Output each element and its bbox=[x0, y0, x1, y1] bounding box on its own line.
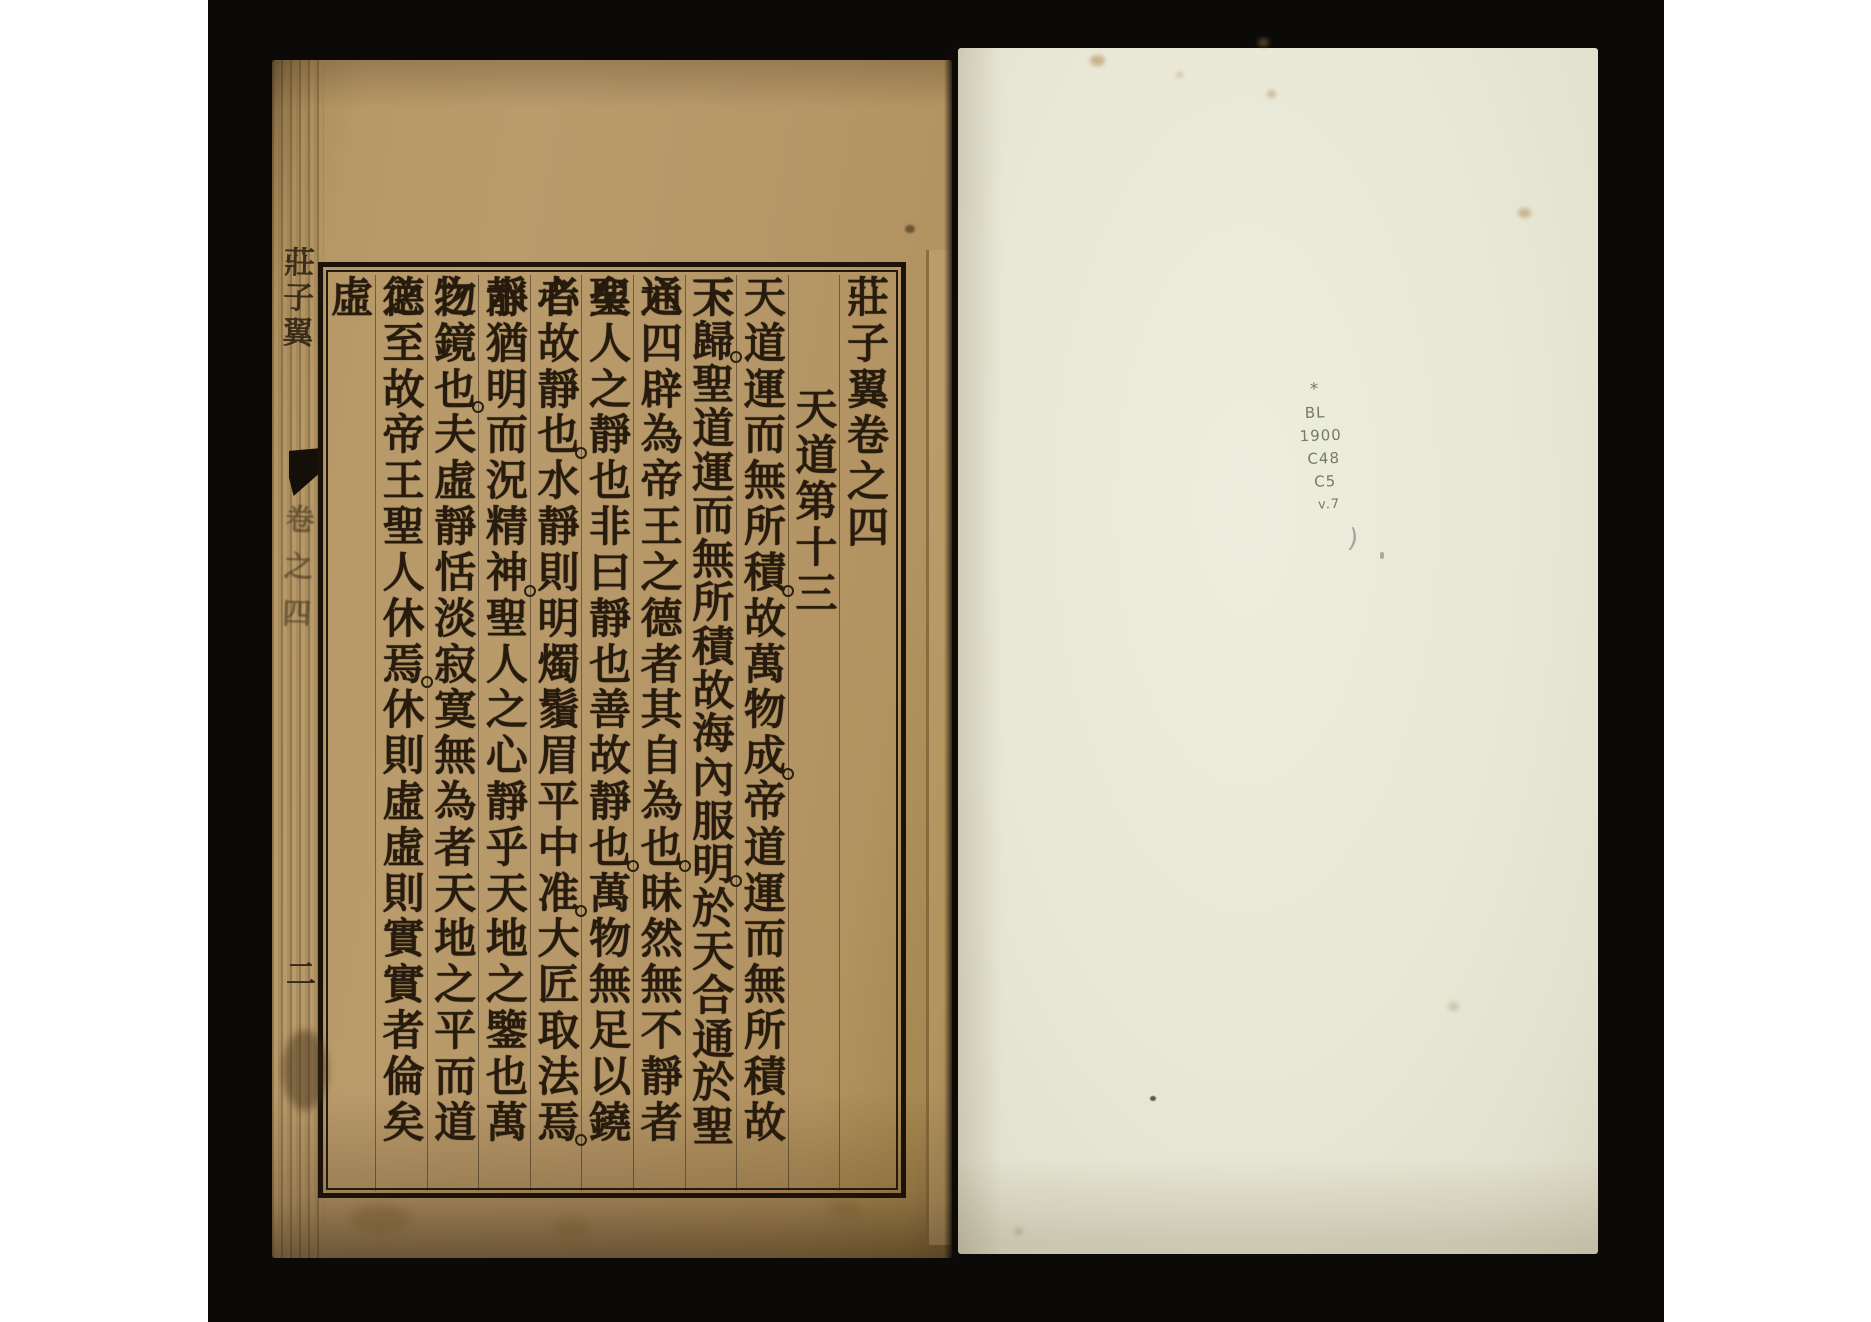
text-column-body: 聖人之靜也非曰靜也善故靜也萬物無足以鐃心 bbox=[581, 275, 633, 1191]
text-column-body: 者故靜也水靜則明燭鬚眉平中准大匠取法焉水 bbox=[530, 275, 582, 1191]
column-char: 倫 bbox=[377, 1054, 426, 1100]
column-char: 也 bbox=[480, 1054, 529, 1100]
column-char-marked: 歸 bbox=[686, 319, 735, 363]
scan-margin-right bbox=[1664, 0, 1871, 1322]
column-char: 道 bbox=[428, 1100, 477, 1146]
column-char: 為 bbox=[428, 779, 477, 825]
column-char-marked: 神 bbox=[480, 550, 529, 596]
column-char: 至 bbox=[377, 321, 426, 367]
column-char: 第 bbox=[789, 479, 838, 525]
column-char: 之 bbox=[480, 962, 529, 1008]
column-char: 大 bbox=[531, 916, 580, 962]
column-char-marked: 也 bbox=[428, 367, 477, 413]
column-char-marked: 焉 bbox=[377, 642, 426, 688]
call-number-line: BL bbox=[1304, 400, 1369, 425]
column-char: 靜 bbox=[583, 779, 632, 825]
column-char: 而 bbox=[738, 916, 787, 962]
stain bbox=[830, 1200, 860, 1218]
call-number-line: C5 bbox=[1314, 469, 1372, 494]
text-column-body: 之鏡也夫虛靜恬淡寂寞無為者天地之平而道德 bbox=[427, 275, 479, 1191]
column-char: 無 bbox=[583, 962, 632, 1008]
text-column-body: 天道運而無所積故萬物成帝道運而無所積故天 bbox=[736, 275, 788, 1191]
column-char: 所 bbox=[738, 504, 787, 550]
column-char: 天 bbox=[686, 929, 735, 973]
column-char: 虛 bbox=[325, 275, 374, 321]
column-char: 不 bbox=[635, 1008, 684, 1054]
call-number-line: 1900 bbox=[1299, 423, 1370, 448]
column-char: 淡 bbox=[428, 596, 477, 642]
column-char: 於 bbox=[686, 886, 735, 930]
column-char: 帝 bbox=[635, 458, 684, 504]
column-char: 眉 bbox=[531, 733, 580, 779]
stain bbox=[282, 1030, 328, 1110]
column-char: 之 bbox=[428, 962, 477, 1008]
column-char: 善 bbox=[583, 687, 632, 733]
column-char: 四 bbox=[841, 505, 890, 551]
column-char: 以 bbox=[583, 1054, 632, 1100]
column-char: 道 bbox=[686, 406, 735, 450]
column-char: 者 bbox=[635, 1100, 684, 1146]
column-char: 中 bbox=[531, 825, 580, 871]
column-char: 虛 bbox=[428, 458, 477, 504]
column-char: 者 bbox=[377, 1008, 426, 1054]
stain bbox=[905, 225, 915, 233]
column-char: 靜 bbox=[531, 504, 580, 550]
column-char: 之 bbox=[635, 550, 684, 596]
column-char: 昧 bbox=[635, 871, 684, 917]
fox-spot bbox=[1014, 1228, 1023, 1235]
column-char: 自 bbox=[635, 733, 684, 779]
column-char: 精 bbox=[480, 504, 529, 550]
column-char: 王 bbox=[635, 504, 684, 550]
column-char: 天 bbox=[738, 275, 787, 321]
column-char: 實 bbox=[377, 962, 426, 1008]
fox-spot bbox=[1518, 208, 1531, 218]
column-char: 海 bbox=[686, 711, 735, 755]
column-char: 莊 bbox=[841, 275, 890, 321]
stain bbox=[555, 1218, 589, 1238]
column-char: 聖 bbox=[686, 362, 735, 406]
text-column-chapter: 天道第十三 bbox=[788, 275, 840, 1191]
spine-title: 莊子翼 bbox=[279, 246, 320, 437]
column-char: 為 bbox=[635, 779, 684, 825]
fox-spot bbox=[1258, 38, 1269, 47]
column-char: 道 bbox=[789, 433, 838, 479]
column-char: 虛 bbox=[377, 825, 426, 871]
fox-spot bbox=[1448, 1002, 1459, 1011]
pencil-speck bbox=[1380, 552, 1384, 559]
column-char: 足 bbox=[583, 1008, 632, 1054]
column-char: 物 bbox=[738, 687, 787, 733]
scan-margin-left bbox=[0, 0, 208, 1322]
print-frame: 莊子翼卷之四天道第十三天道運而無所積故萬物成帝道運而無所積故天下歸聖道運而無所積… bbox=[318, 262, 906, 1198]
text-columns: 莊子翼卷之四天道第十三天道運而無所積故萬物成帝道運而無所積故天下歸聖道運而無所積… bbox=[333, 275, 891, 1185]
column-char: 則 bbox=[377, 733, 426, 779]
column-char: 之 bbox=[377, 275, 426, 321]
spine-volume-label: 卷之四 bbox=[280, 503, 320, 684]
column-char: 人 bbox=[583, 321, 632, 367]
column-char: 聖 bbox=[480, 596, 529, 642]
column-char: 者 bbox=[531, 275, 580, 321]
text-column-body: 通四辟為帝王之德者其自為也昧然無不靜者矣 bbox=[633, 275, 685, 1191]
column-char: 內 bbox=[686, 755, 735, 799]
column-char: 靜 bbox=[531, 367, 580, 413]
column-char: 所 bbox=[686, 580, 735, 624]
column-char: 天 bbox=[480, 871, 529, 917]
column-char: 虛 bbox=[377, 779, 426, 825]
column-char: 其 bbox=[635, 687, 684, 733]
column-char-marked: 也 bbox=[583, 825, 632, 871]
fox-spot bbox=[1267, 90, 1276, 98]
column-char: 萬 bbox=[583, 871, 632, 917]
column-char: 天 bbox=[789, 387, 838, 433]
column-char: 子 bbox=[841, 321, 890, 367]
column-char: 十 bbox=[789, 525, 838, 571]
column-char: 運 bbox=[686, 450, 735, 494]
column-char: 合 bbox=[686, 973, 735, 1017]
text-column-body: 靜猶明而況精神聖人之心靜乎天地之鑒也萬物 bbox=[478, 275, 530, 1191]
column-char: 靜 bbox=[480, 275, 529, 321]
column-char: 之 bbox=[480, 687, 529, 733]
column-char: 無 bbox=[635, 962, 684, 1008]
column-char: 則 bbox=[377, 871, 426, 917]
fox-spot bbox=[1176, 72, 1183, 78]
column-char: 明 bbox=[531, 596, 580, 642]
column-char: 心 bbox=[480, 733, 529, 779]
column-char: 積 bbox=[686, 624, 735, 668]
column-char: 者 bbox=[635, 642, 684, 688]
column-char: 之 bbox=[583, 367, 632, 413]
column-char: 靜 bbox=[583, 412, 632, 458]
column-char: 鏡 bbox=[428, 321, 477, 367]
column-char: 無 bbox=[738, 962, 787, 1008]
column-char: 道 bbox=[738, 321, 787, 367]
column-char: 無 bbox=[428, 733, 477, 779]
column-char-marked: 准 bbox=[531, 871, 580, 917]
scanned-book-photo: 莊子翼 卷之四 二 莊子翼卷之四天道第十三天道運而無所積故萬物成帝道運而無所積故… bbox=[0, 0, 1871, 1322]
column-char-marked: 也 bbox=[531, 412, 580, 458]
column-char: 天 bbox=[428, 871, 477, 917]
column-char: 平 bbox=[428, 1008, 477, 1054]
column-char-marked: 成 bbox=[738, 733, 787, 779]
column-char: 之 bbox=[841, 459, 890, 505]
column-char-marked: 焉 bbox=[531, 1100, 580, 1146]
column-char: 地 bbox=[428, 916, 477, 962]
column-char: 聖 bbox=[377, 504, 426, 550]
text-column-title: 莊子翼卷之四 bbox=[839, 275, 891, 1191]
column-char: 況 bbox=[480, 458, 529, 504]
text-column-body: 之至故帝王聖人休焉休則虛虛則實實者倫矣虛 bbox=[375, 275, 427, 1191]
column-char: 辟 bbox=[635, 367, 684, 413]
column-char: 夫 bbox=[428, 412, 477, 458]
column-char: 靜 bbox=[480, 779, 529, 825]
column-char: 曰 bbox=[583, 550, 632, 596]
column-char: 帝 bbox=[738, 779, 787, 825]
column-char: 四 bbox=[635, 321, 684, 367]
column-char: 通 bbox=[686, 1017, 735, 1061]
column-char: 王 bbox=[377, 458, 426, 504]
column-char: 寞 bbox=[428, 687, 477, 733]
column-char: 鬚 bbox=[531, 687, 580, 733]
call-number-line: * bbox=[1310, 377, 1369, 402]
column-char: 平 bbox=[531, 779, 580, 825]
column-char: 萬 bbox=[738, 642, 787, 688]
column-char: 矣 bbox=[377, 1100, 426, 1146]
column-char: 聖 bbox=[583, 275, 632, 321]
column-char: 鑒 bbox=[480, 1008, 529, 1054]
column-char: 休 bbox=[377, 596, 426, 642]
column-char: 者 bbox=[428, 825, 477, 871]
column-char: 非 bbox=[583, 504, 632, 550]
folio-number: 二 bbox=[287, 958, 319, 1018]
column-char: 故 bbox=[531, 321, 580, 367]
column-char-marked: 積 bbox=[738, 550, 787, 596]
column-char: 翼 bbox=[841, 367, 890, 413]
column-char: 取 bbox=[531, 1008, 580, 1054]
column-char: 為 bbox=[635, 412, 684, 458]
column-char: 靜 bbox=[428, 504, 477, 550]
column-char: 恬 bbox=[428, 550, 477, 596]
column-char: 燭 bbox=[531, 642, 580, 688]
column-char: 地 bbox=[480, 916, 529, 962]
column-char: 服 bbox=[686, 799, 735, 843]
column-char: 卷 bbox=[841, 413, 890, 459]
column-char: 運 bbox=[738, 367, 787, 413]
column-char: 匠 bbox=[531, 962, 580, 1008]
column-char-marked: 明 bbox=[686, 842, 735, 886]
call-number-line: v.7 bbox=[1318, 492, 1373, 517]
column-char: 然 bbox=[635, 916, 684, 962]
column-char: 所 bbox=[738, 1008, 787, 1054]
column-char: 故 bbox=[377, 367, 426, 413]
column-char: 道 bbox=[738, 825, 787, 871]
call-number-line: C48 bbox=[1307, 446, 1371, 471]
fox-spot bbox=[1090, 55, 1105, 66]
column-char: 運 bbox=[738, 871, 787, 917]
column-char: 則 bbox=[531, 550, 580, 596]
column-char: 故 bbox=[738, 596, 787, 642]
column-char: 故 bbox=[686, 668, 735, 712]
column-char: 無 bbox=[686, 537, 735, 581]
column-char: 而 bbox=[480, 412, 529, 458]
column-char: 德 bbox=[635, 596, 684, 642]
column-char: 物 bbox=[583, 916, 632, 962]
column-char: 人 bbox=[377, 550, 426, 596]
fox-spot bbox=[1150, 1096, 1156, 1101]
column-char: 於 bbox=[686, 1060, 735, 1104]
column-char: 無 bbox=[738, 458, 787, 504]
column-char: 而 bbox=[738, 412, 787, 458]
column-char: 法 bbox=[531, 1054, 580, 1100]
stain bbox=[350, 1205, 410, 1233]
column-char: 下 bbox=[686, 275, 735, 319]
column-char-marked: 也 bbox=[635, 825, 684, 871]
column-char: 寂 bbox=[428, 642, 477, 688]
column-char: 萬 bbox=[480, 1100, 529, 1146]
column-char: 而 bbox=[428, 1054, 477, 1100]
column-char: 聖 bbox=[686, 1104, 735, 1148]
call-number: *BL1900C48C5v.7 bbox=[1298, 377, 1373, 517]
text-column-body: 下歸聖道運而無所積故海內服明於天合通於聖六 bbox=[685, 275, 737, 1191]
column-char: 明 bbox=[480, 367, 529, 413]
column-char: 鐃 bbox=[583, 1100, 632, 1146]
column-char: 故 bbox=[583, 733, 632, 779]
column-char: 之 bbox=[428, 275, 477, 321]
column-char: 乎 bbox=[480, 825, 529, 871]
column-char: 水 bbox=[531, 458, 580, 504]
column-char: 故 bbox=[738, 1100, 787, 1146]
column-char: 人 bbox=[480, 642, 529, 688]
column-char: 休 bbox=[377, 687, 426, 733]
column-char: 帝 bbox=[377, 412, 426, 458]
right-page bbox=[958, 48, 1598, 1254]
column-char: 也 bbox=[583, 458, 632, 504]
column-char: 而 bbox=[686, 493, 735, 537]
column-char: 積 bbox=[738, 1054, 787, 1100]
column-char: 實 bbox=[377, 916, 426, 962]
column-char: 三 bbox=[789, 571, 838, 617]
column-char: 靜 bbox=[635, 1054, 684, 1100]
column-char: 靜 bbox=[583, 596, 632, 642]
column-char: 猶 bbox=[480, 321, 529, 367]
column-char: 通 bbox=[635, 275, 684, 321]
column-char: 也 bbox=[583, 642, 632, 688]
